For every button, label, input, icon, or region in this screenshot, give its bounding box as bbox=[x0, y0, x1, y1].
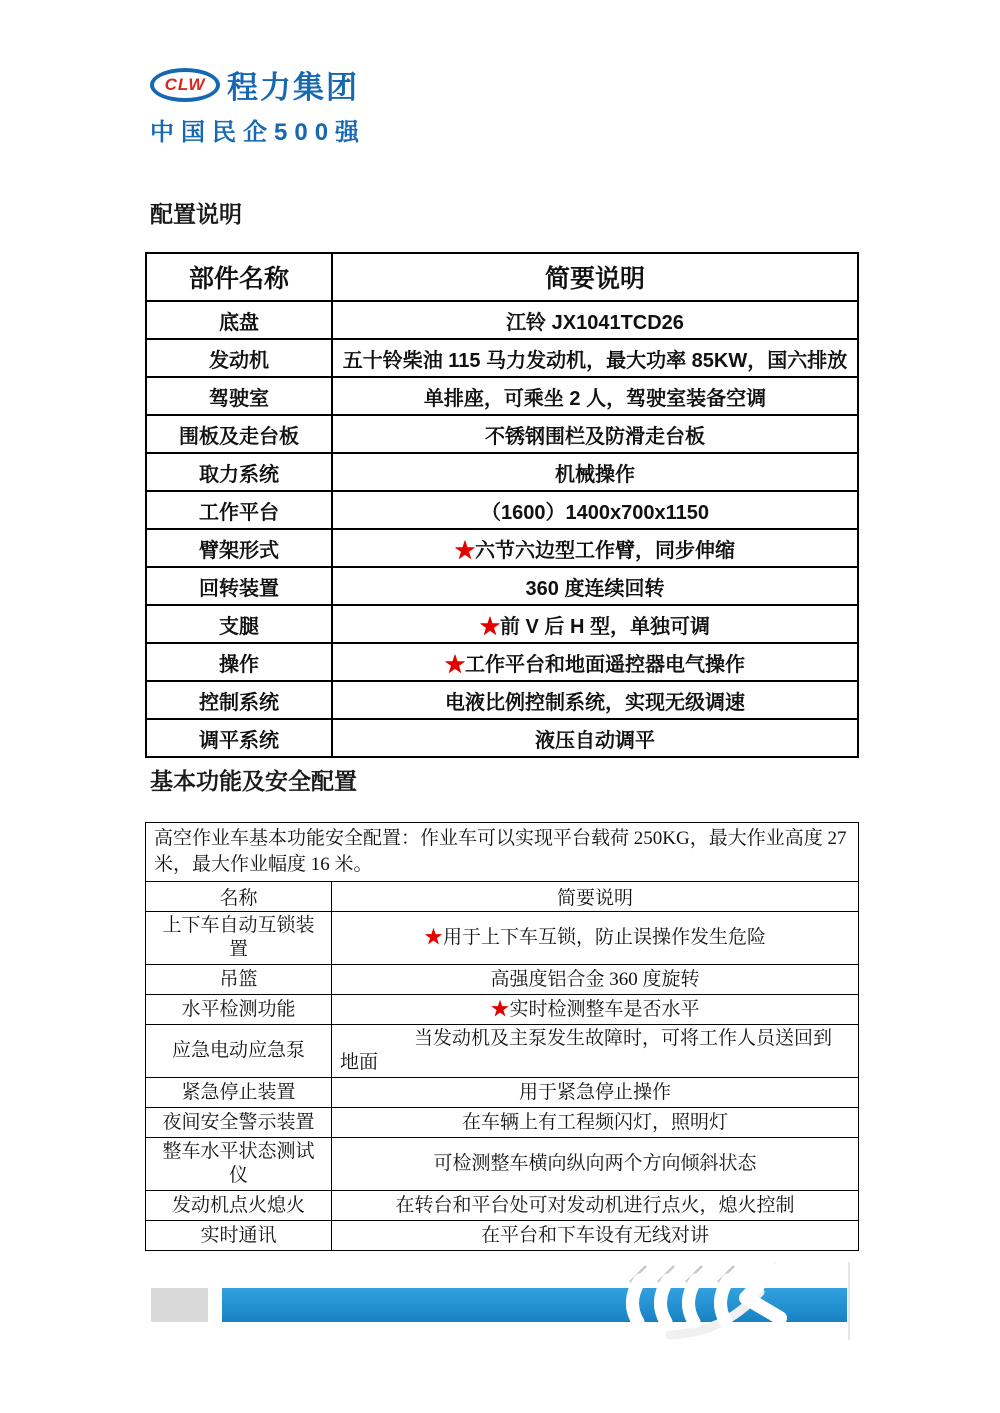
part-desc-text: 360 度连续回转 bbox=[526, 578, 665, 600]
table-header-row: 部件名称 简要说明 bbox=[146, 253, 858, 301]
table-row: 支腿★前 V 后 H 型，单独可调 bbox=[146, 605, 858, 643]
table-row: 上下车自动互锁装置★用于上下车互锁，防止误操作发生危险 bbox=[146, 912, 859, 965]
logo-tagline: 中国民企500强 bbox=[150, 112, 366, 147]
feature-name: 实时通讯 bbox=[146, 1221, 332, 1251]
clw-oval-icon: CLW bbox=[150, 68, 220, 102]
part-name: 驾驶室 bbox=[146, 377, 332, 415]
part-desc: ★工作平台和地面遥控器电气操作 bbox=[332, 643, 858, 681]
column-header-name: 名称 bbox=[146, 882, 332, 912]
part-name: 工作平台 bbox=[146, 491, 332, 529]
star-mark: ★ bbox=[424, 927, 443, 948]
table-row: 实时通讯在平台和下车设有无线对讲 bbox=[146, 1221, 859, 1251]
feature-desc-text: 可检测整车横向纵向两个方向倾斜状态 bbox=[433, 1153, 756, 1174]
part-name: 回转装置 bbox=[146, 567, 332, 605]
section-heading-safety: 基本功能及安全配置 bbox=[150, 763, 357, 796]
feature-desc: 当发动机及主泵发生故障时，可将工作人员送回到地面 bbox=[332, 1025, 859, 1078]
table-row: 工作平台（1600）1400x700x1150 bbox=[146, 491, 858, 529]
part-desc: 五十铃柴油 115 马力发动机，最大功率 85KW，国六排放 bbox=[332, 339, 858, 377]
part-desc-text: 机械操作 bbox=[555, 464, 635, 486]
table-row: 驾驶室单排座，可乘坐 2 人，驾驶室装备空调 bbox=[146, 377, 858, 415]
column-header-part-name: 部件名称 bbox=[146, 253, 332, 301]
footer-gray-square bbox=[151, 1288, 208, 1322]
feature-desc: 在车辆上有工程频闪灯，照明灯 bbox=[332, 1108, 859, 1138]
part-name: 围板及走台板 bbox=[146, 415, 332, 453]
table-intro-row: 高空作业车基本功能安全配置：作业车可以实现平台载荷 250KG，最大作业高度 2… bbox=[146, 823, 859, 882]
part-desc: ★六节六边型工作臂，同步伸缩 bbox=[332, 529, 858, 567]
part-name: 操作 bbox=[146, 643, 332, 681]
column-header-desc: 简要说明 bbox=[332, 253, 858, 301]
feature-desc: ★实时检测整车是否水平 bbox=[332, 995, 859, 1025]
feature-desc: 高强度铝合金 360 度旋转 bbox=[332, 965, 859, 995]
part-name: 底盘 bbox=[146, 301, 332, 339]
table-row: 紧急停止装置用于紧急停止操作 bbox=[146, 1078, 859, 1108]
feature-desc: 用于紧急停止操作 bbox=[332, 1078, 859, 1108]
config-table: 部件名称 简要说明 底盘江铃 JX1041TCD26 发动机五十铃柴油 115 … bbox=[145, 252, 859, 758]
part-name: 取力系统 bbox=[146, 453, 332, 491]
table-row: 回转装置360 度连续回转 bbox=[146, 567, 858, 605]
feature-name: 紧急停止装置 bbox=[146, 1078, 332, 1108]
feature-desc-text: 用于上下车互锁，防止误操作发生危险 bbox=[443, 927, 766, 948]
part-desc-text: 不锈钢围栏及防滑走台板 bbox=[485, 426, 705, 448]
part-desc: ★前 V 后 H 型，单独可调 bbox=[332, 605, 858, 643]
feature-desc: 可检测整车横向纵向两个方向倾斜状态 bbox=[332, 1138, 859, 1191]
feature-desc: 在转台和平台处可对发动机进行点火，熄火控制 bbox=[332, 1191, 859, 1221]
part-desc: 电液比例控制系统，实现无级调速 bbox=[332, 681, 858, 719]
feature-desc: 在平台和下车设有无线对讲 bbox=[332, 1221, 859, 1251]
feature-name: 夜间安全警示装置 bbox=[146, 1108, 332, 1138]
part-name: 调平系统 bbox=[146, 719, 332, 757]
part-desc: （1600）1400x700x1150 bbox=[332, 491, 858, 529]
logo-company-name: 程力集团 bbox=[227, 62, 359, 107]
table-header-row: 名称 简要说明 bbox=[146, 882, 859, 912]
table-row: 调平系统液压自动调平 bbox=[146, 719, 858, 757]
feature-name: 上下车自动互锁装置 bbox=[146, 912, 332, 965]
table-row: 取力系统机械操作 bbox=[146, 453, 858, 491]
feature-desc: ★用于上下车互锁，防止误操作发生危险 bbox=[332, 912, 859, 965]
table-row: 吊篮高强度铝合金 360 度旋转 bbox=[146, 965, 859, 995]
table-row: 操作★工作平台和地面遥控器电气操作 bbox=[146, 643, 858, 681]
table-row: 底盘江铃 JX1041TCD26 bbox=[146, 301, 858, 339]
table-row: 控制系统电液比例控制系统，实现无级调速 bbox=[146, 681, 858, 719]
feature-desc-text: 在平台和下车设有无线对讲 bbox=[481, 1225, 709, 1246]
feature-desc-text: 在车辆上有工程频闪灯，照明灯 bbox=[462, 1112, 728, 1133]
spec-sheet-page: CLW 程力集团 中国民企500强 配置说明 部件名称 简要说明 底盘江铃 JX… bbox=[0, 0, 1000, 1413]
table-row: 臂架形式★六节六边型工作臂，同步伸缩 bbox=[146, 529, 858, 567]
feature-desc-text: 在转台和平台处可对发动机进行点火，熄火控制 bbox=[395, 1195, 794, 1216]
part-desc: 不锈钢围栏及防滑走台板 bbox=[332, 415, 858, 453]
feature-name: 应急电动应急泵 bbox=[146, 1025, 332, 1078]
feature-desc-text: 当发动机及主泵发生故障时，可将工作人员送回到地面 bbox=[340, 1028, 832, 1073]
part-name: 发动机 bbox=[146, 339, 332, 377]
footer-hooks-decoration-icon bbox=[612, 1262, 790, 1340]
table-row: 发动机点火熄火在转台和平台处可对发动机进行点火，熄火控制 bbox=[146, 1191, 859, 1221]
feature-desc-text: 高强度铝合金 360 度旋转 bbox=[490, 969, 699, 990]
feature-desc-text: 用于紧急停止操作 bbox=[519, 1082, 671, 1103]
table-row: 应急电动应急泵当发动机及主泵发生故障时，可将工作人员送回到地面 bbox=[146, 1025, 859, 1078]
feature-name: 发动机点火熄火 bbox=[146, 1191, 332, 1221]
table-row: 水平检测功能★实时检测整车是否水平 bbox=[146, 995, 859, 1025]
column-header-desc: 简要说明 bbox=[332, 882, 859, 912]
part-desc: 单排座，可乘坐 2 人，驾驶室装备空调 bbox=[332, 377, 858, 415]
part-name: 臂架形式 bbox=[146, 529, 332, 567]
table-row: 夜间安全警示装置在车辆上有工程频闪灯，照明灯 bbox=[146, 1108, 859, 1138]
feature-desc-text: 实时检测整车是否水平 bbox=[510, 999, 700, 1020]
company-logo: CLW 程力集团 中国民企500强 bbox=[150, 62, 366, 147]
table-row: 发动机五十铃柴油 115 马力发动机，最大功率 85KW，国六排放 bbox=[146, 339, 858, 377]
part-name: 控制系统 bbox=[146, 681, 332, 719]
part-desc: 液压自动调平 bbox=[332, 719, 858, 757]
part-desc: 机械操作 bbox=[332, 453, 858, 491]
part-desc-text: 江铃 JX1041TCD26 bbox=[506, 312, 684, 334]
feature-name: 吊篮 bbox=[146, 965, 332, 995]
part-desc-text: 六节六边型工作臂，同步伸缩 bbox=[475, 540, 735, 562]
part-desc-text: 电液比例控制系统，实现无级调速 bbox=[445, 692, 745, 714]
footer-end-line bbox=[848, 1262, 850, 1340]
table-row: 整车水平状态测试仪可检测整车横向纵向两个方向倾斜状态 bbox=[146, 1138, 859, 1191]
star-mark: ★ bbox=[490, 999, 509, 1020]
feature-name: 水平检测功能 bbox=[146, 995, 332, 1025]
part-desc-text: 单排座，可乘坐 2 人，驾驶室装备空调 bbox=[424, 388, 766, 410]
part-name: 支腿 bbox=[146, 605, 332, 643]
star-mark: ★ bbox=[480, 616, 500, 638]
logo-top-row: CLW 程力集团 bbox=[150, 62, 366, 107]
part-desc-text: 五十铃柴油 115 马力发动机，最大功率 85KW，国六排放 bbox=[343, 350, 848, 372]
part-desc-text: （1600）1400x700x1150 bbox=[481, 502, 709, 524]
star-mark: ★ bbox=[455, 540, 475, 562]
section-heading-config: 配置说明 bbox=[150, 196, 242, 229]
feature-name: 整车水平状态测试仪 bbox=[146, 1138, 332, 1191]
safety-intro-text: 高空作业车基本功能安全配置：作业车可以实现平台载荷 250KG，最大作业高度 2… bbox=[146, 823, 859, 882]
star-mark: ★ bbox=[445, 654, 465, 676]
part-desc-text: 工作平台和地面遥控器电气操作 bbox=[465, 654, 745, 676]
safety-table: 高空作业车基本功能安全配置：作业车可以实现平台载荷 250KG，最大作业高度 2… bbox=[145, 822, 859, 1251]
table-row: 围板及走台板不锈钢围栏及防滑走台板 bbox=[146, 415, 858, 453]
part-desc: 江铃 JX1041TCD26 bbox=[332, 301, 858, 339]
part-desc-text: 前 V 后 H 型，单独可调 bbox=[500, 616, 710, 638]
part-desc-text: 液压自动调平 bbox=[535, 730, 655, 752]
part-desc: 360 度连续回转 bbox=[332, 567, 858, 605]
